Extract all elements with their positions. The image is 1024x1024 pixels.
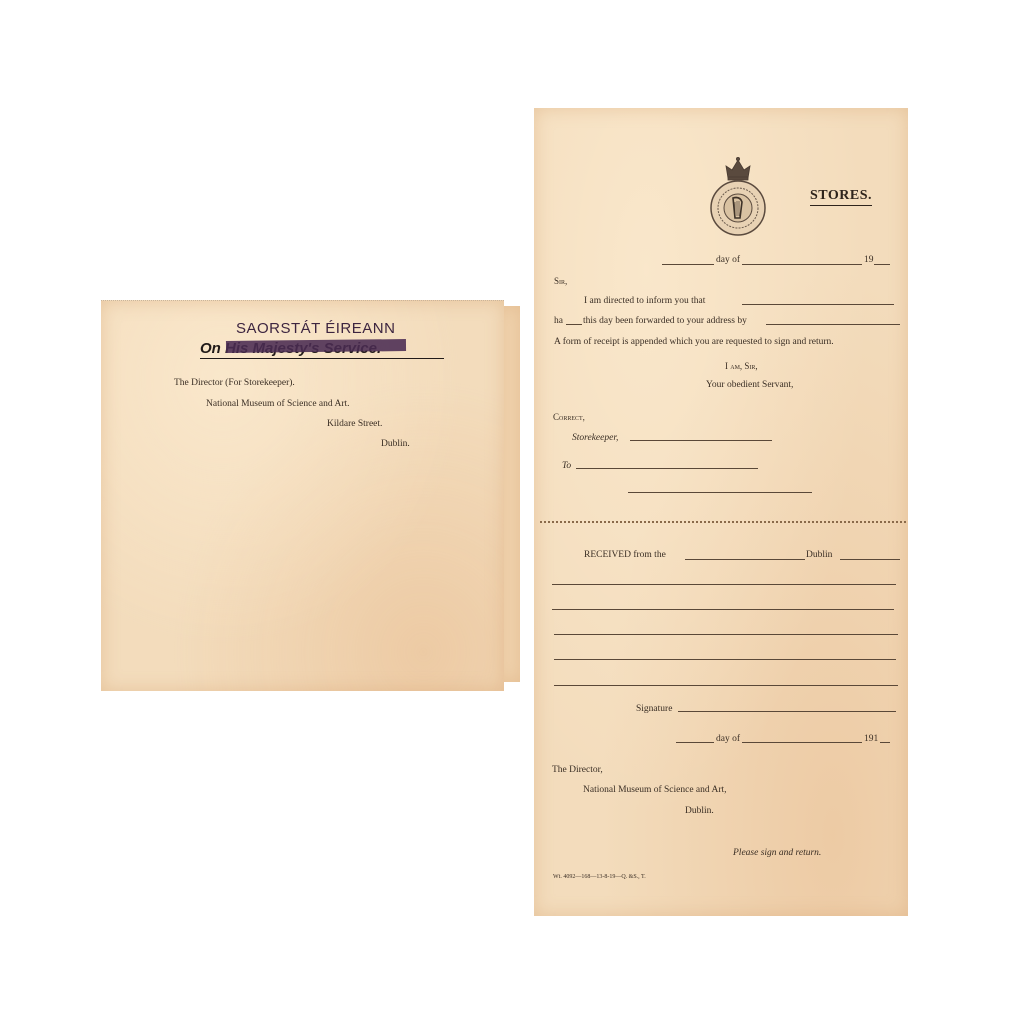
receipt-line-4 [554, 659, 896, 660]
body-line-3: A form of receipt is appended which you … [554, 337, 834, 347]
month-blank [742, 264, 862, 265]
perforation-line [540, 521, 906, 523]
have-has-blank [566, 324, 582, 325]
overprint-stamp: SAORSTÁT ÉIREANN [236, 320, 395, 337]
receipt-line-3 [554, 634, 898, 635]
dublin-label: Dublin [806, 550, 832, 560]
to-blank-1 [576, 468, 758, 469]
receipt-year-blank [880, 742, 890, 743]
body-line-2: this day been forwarded to your address … [583, 316, 747, 326]
return-address-line-2: National Museum of Science and Art, [583, 785, 727, 795]
print-code: Wt. 4092—168—13-8-19—Q. &S., T. [553, 874, 646, 880]
return-address-line-1: The Director, [552, 765, 603, 775]
storekeeper-label: Storekeeper, [572, 433, 618, 443]
signature-label: Signature [636, 704, 672, 714]
dublin-blank [840, 559, 900, 560]
storekeeper-signature-blank [630, 440, 772, 441]
to-blank-2 [628, 492, 812, 493]
receipt-line-5 [554, 685, 898, 686]
receipt-line-1 [552, 584, 896, 585]
item-blank [742, 304, 894, 305]
closing-line-1: I am, Sir, [725, 361, 758, 371]
signature-blank [678, 711, 896, 712]
crowned-harp-crest-icon [706, 156, 770, 238]
received-from-blank [685, 559, 805, 560]
received-from-label: RECEIVED from the [584, 550, 666, 560]
year-blank [874, 264, 890, 265]
receipt-day-of-label: day of [716, 734, 740, 744]
envelope-address-line-1: The Director (For Storekeeper). [174, 378, 295, 388]
envelope-address-line-3: Kildare Street. [327, 419, 382, 429]
receipt-year-prefix: 191 [864, 734, 878, 744]
year-prefix: 19 [864, 255, 874, 265]
receipt-line-2 [552, 609, 894, 610]
correct-label: Correct, [553, 412, 585, 422]
day-blank [662, 264, 714, 265]
envelope-address-line-2: National Museum of Science and Art. [206, 399, 350, 409]
body-line-1: I am directed to inform you that [584, 296, 705, 306]
form-title: STORES. [810, 188, 872, 206]
closing-line-2: Your obedient Servant, [706, 380, 793, 390]
return-address-line-3: Dublin. [685, 806, 714, 816]
day-of-label: day of [716, 255, 740, 265]
to-label: To [562, 461, 571, 471]
receipt-day-blank [676, 742, 714, 743]
body-line-2-prefix: ha [554, 316, 563, 326]
envelope-address-line-4: Dublin. [381, 439, 410, 449]
instruction-text: Please sign and return. [733, 848, 821, 858]
strike-through-bar [226, 339, 406, 353]
forwarded-by-blank [766, 324, 900, 325]
salutation: Sir, [554, 276, 567, 286]
receipt-month-blank [742, 742, 862, 743]
